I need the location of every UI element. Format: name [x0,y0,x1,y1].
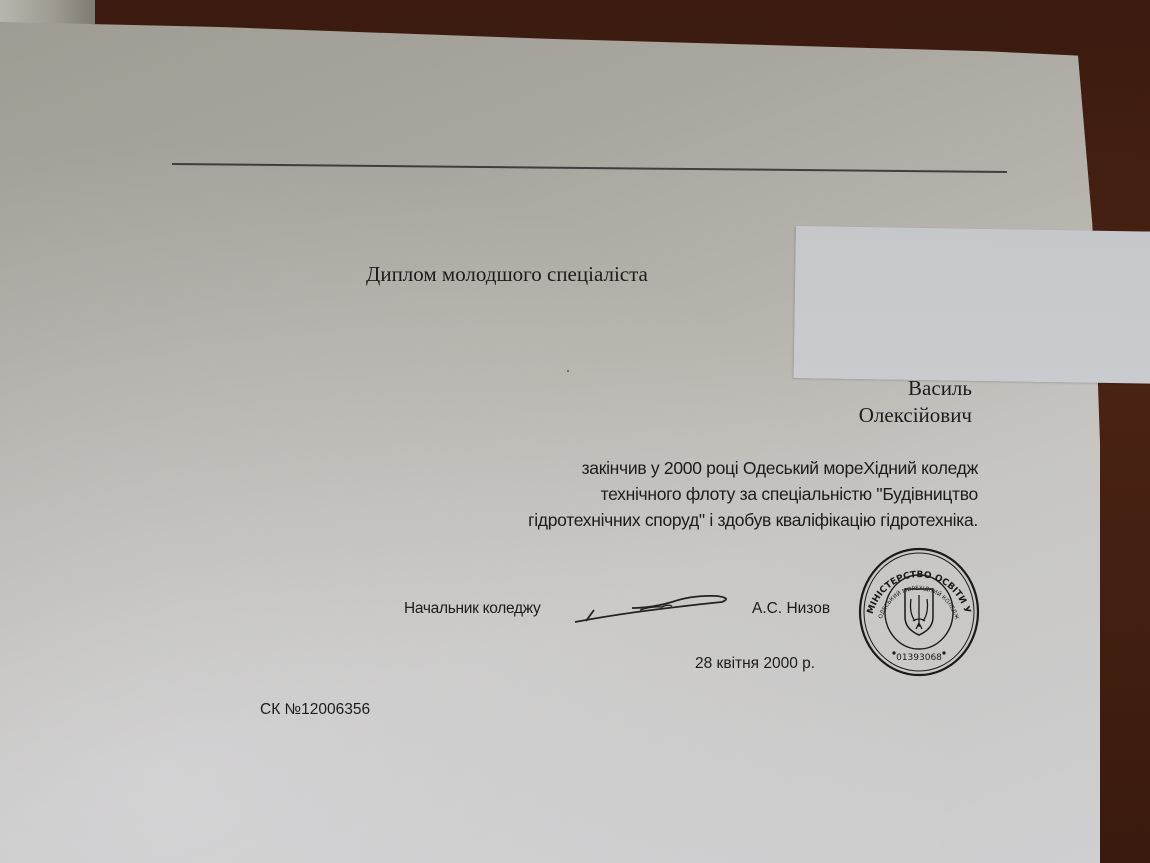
issue-date: 28 квітня 2000 р. [695,655,815,673]
handwritten-signature-icon [572,590,732,630]
official-seal-stamp-icon: МІНІСТЕРСТВО ОСВІТИ УКРАЇНИ ОДЕСЬКИЙ МОР… [858,547,980,677]
speck [567,370,569,372]
svg-text:МІНІСТЕРСТВО ОСВІТИ УКРАЇНИ: МІНІСТЕРСТВО ОСВІТИ УКРАЇНИ [858,547,972,615]
body-line: технічного флоту за спеціальністю "Будів… [528,481,978,507]
signer-name: А.С. Низов [752,600,830,618]
signer-role-label: Начальник коледжу [404,600,540,618]
body-line: гідротехнічних споруд" і здобув кваліфік… [528,507,978,533]
document-title: Диплом молодшого спеціаліста [366,262,648,287]
body-line: закінчив у 2000 році Одеський мореХідний… [528,455,978,481]
background-object [0,0,95,24]
diploma-serial-number: СК №12006356 [260,701,370,719]
diploma-body: закінчив у 2000 році Одеський мореХідний… [528,455,978,533]
diploma-page [0,22,1100,863]
svg-text:01393068: 01393068 [896,653,942,663]
recipient-patronymic: Олексійович [859,403,972,428]
recipient-first-name: Василь [908,376,972,401]
redaction-cover-strip [794,226,1150,384]
